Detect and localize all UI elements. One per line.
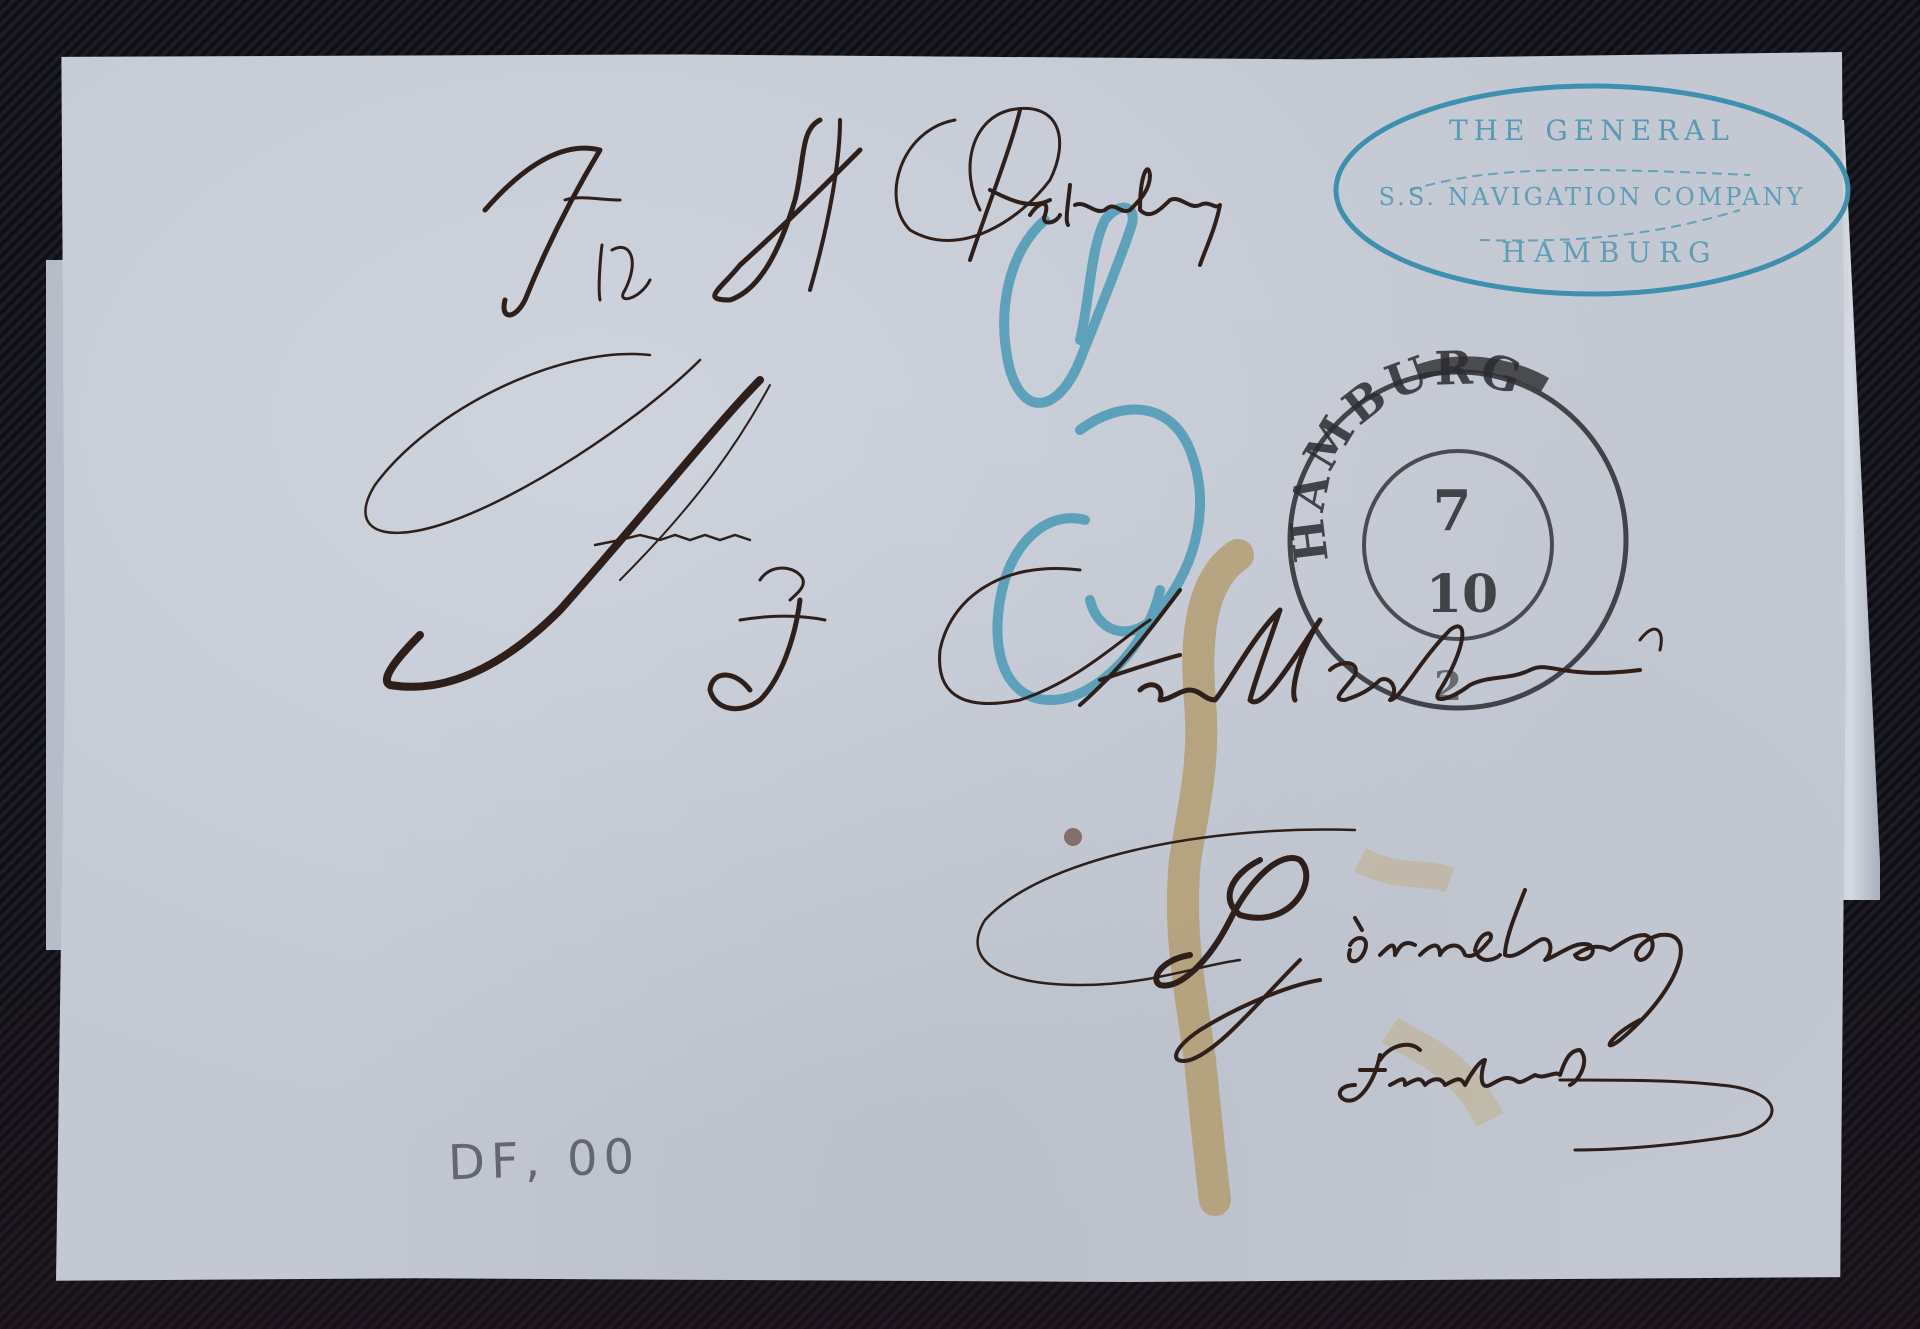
forwarder-cachet: THE GENERAL S.S. NAVIGATION COMPANY HAMB… (1336, 86, 1848, 294)
svg-text:HAMBURG: HAMBURG (1279, 340, 1531, 565)
ink-spot (1064, 828, 1082, 846)
svg-text:10: 10 (1426, 564, 1498, 625)
svg-text:2: 2 (1434, 663, 1462, 710)
svg-text:HAMBURG: HAMBURG (1502, 236, 1719, 269)
salutation-handwriting (365, 354, 770, 687)
rate-marking-3 (997, 208, 1200, 700)
svg-text:7: 7 (1433, 478, 1472, 544)
svg-text:THE GENERAL: THE GENERAL (1449, 114, 1735, 147)
hamburg-postmark: HAMBURG 7 10 2 (1279, 340, 1626, 710)
svg-text:S.S. NAVIGATION COMPANY: S.S. NAVIGATION COMPANY (1379, 183, 1806, 211)
manuscript-rate-stroke (1183, 555, 1490, 1200)
letter-markings: THE GENERAL S.S. NAVIGATION COMPANY HAMB… (0, 0, 1920, 1329)
pencil-note: DF, 00 (447, 1129, 641, 1192)
